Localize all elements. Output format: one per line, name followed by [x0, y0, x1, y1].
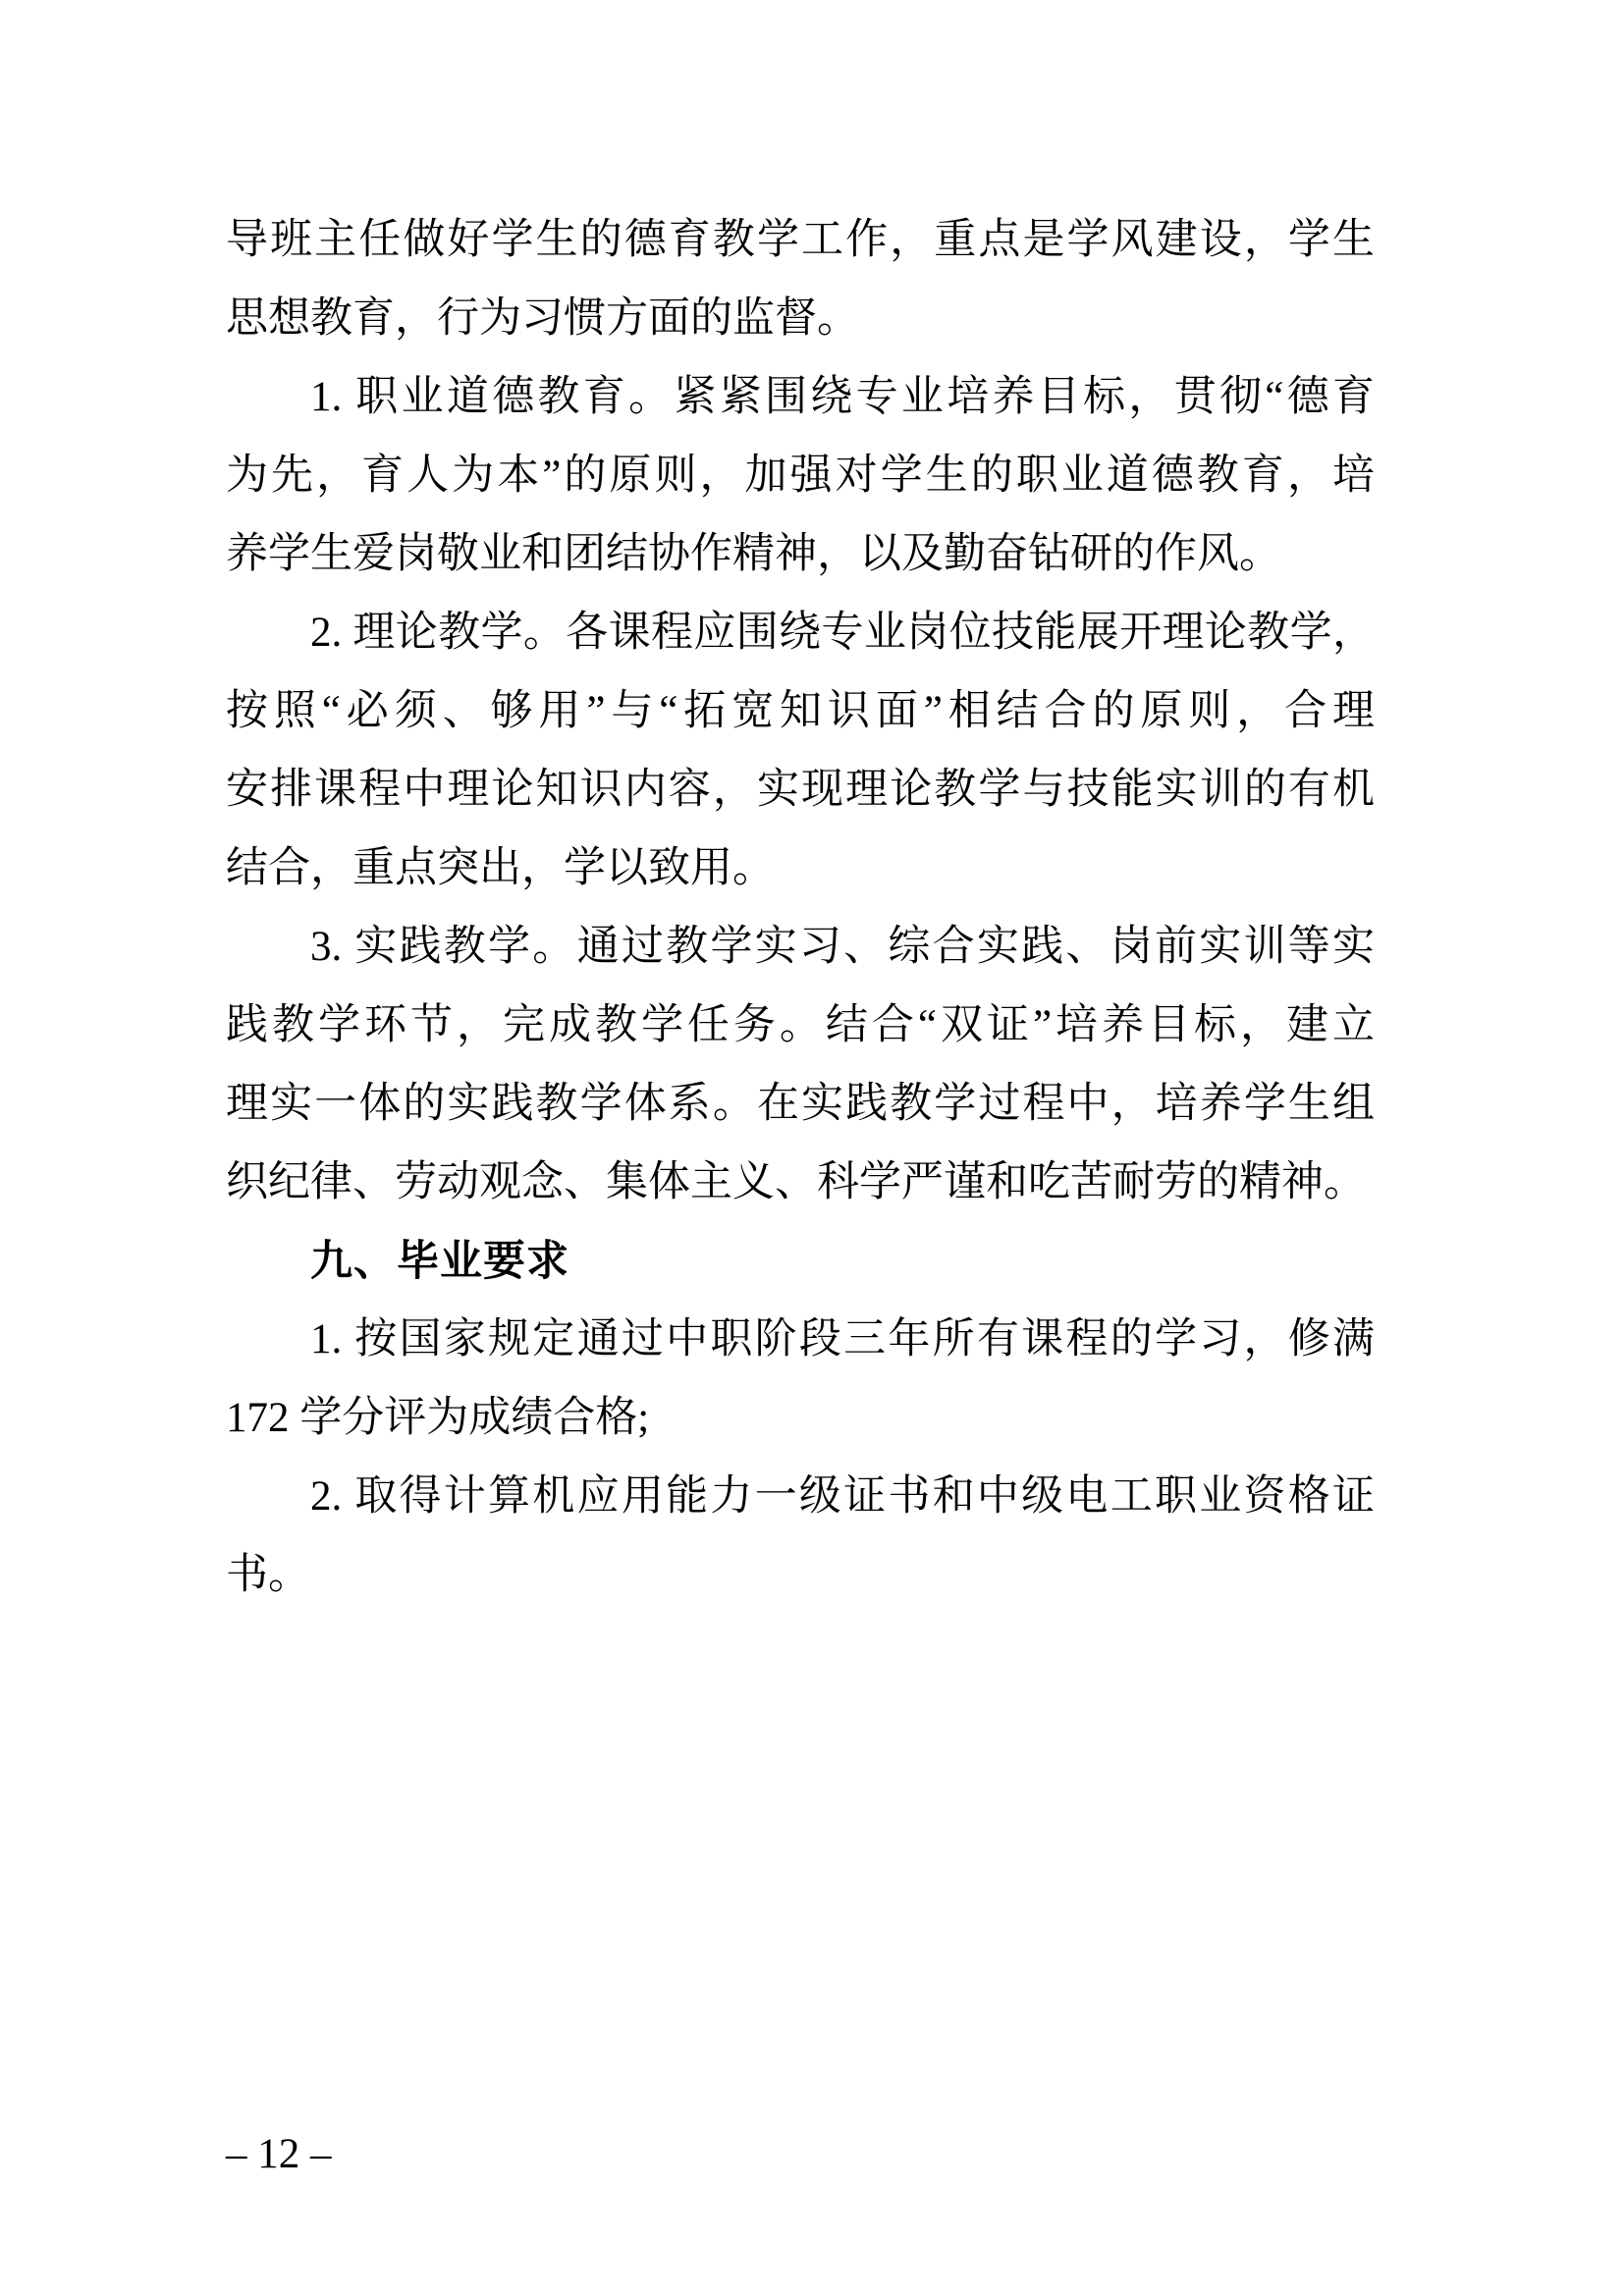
- body-text-line: 思想教育，行为习惯方面的监督。: [226, 280, 1375, 358]
- body-text-line: 按照“必须、够用”与“拓宽知识面”相结合的原则，合理: [226, 672, 1375, 751]
- body-text-line: 安排课程中理论知识内容，实现理论教学与技能实训的有机: [226, 751, 1375, 829]
- body-text-line: 1. 职业道德教育。紧紧围绕专业培养目标，贯彻“德育: [226, 358, 1375, 437]
- body-text-line: 导班主任做好学生的德育教学工作，重点是学风建设，学生: [226, 201, 1375, 280]
- body-text-line: 织纪律、劳动观念、集体主义、科学严谨和吃苦耐劳的精神。: [226, 1144, 1375, 1222]
- body-text-line: 理实一体的实践教学体系。在实践教学过程中，培养学生组: [226, 1065, 1375, 1144]
- body-text-line: 2. 理论教学。各课程应围绕专业岗位技能展开理论教学，: [226, 594, 1375, 672]
- section-heading: 九、毕业要求: [226, 1222, 1375, 1301]
- body-text-line: 3. 实践教学。通过教学实习、综合实践、岗前实训等实: [226, 908, 1375, 987]
- page-number: – 12 –: [226, 2130, 332, 2179]
- body-text-line: 172 学分评为成绩合格;: [226, 1379, 1375, 1458]
- body-text-line: 养学生爱岗敬业和团结协作精神，以及勤奋钻研的作风。: [226, 515, 1375, 594]
- body-text-line: 为先，育人为本”的原则，加强对学生的职业道德教育，培: [226, 437, 1375, 515]
- document-body: 导班主任做好学生的德育教学工作，重点是学风建设，学生思想教育，行为习惯方面的监督…: [226, 201, 1375, 1615]
- document-page: 导班主任做好学生的德育教学工作，重点是学风建设，学生思想教育，行为习惯方面的监督…: [0, 0, 1624, 2296]
- body-text-line: 结合，重点突出，学以致用。: [226, 829, 1375, 908]
- body-text-line: 1. 按国家规定通过中职阶段三年所有课程的学习，修满: [226, 1301, 1375, 1379]
- body-text-line: 践教学环节，完成教学任务。结合“双证”培养目标，建立: [226, 987, 1375, 1065]
- body-text-line: 书。: [226, 1536, 1375, 1615]
- body-text-line: 2. 取得计算机应用能力一级证书和中级电工职业资格证: [226, 1458, 1375, 1536]
